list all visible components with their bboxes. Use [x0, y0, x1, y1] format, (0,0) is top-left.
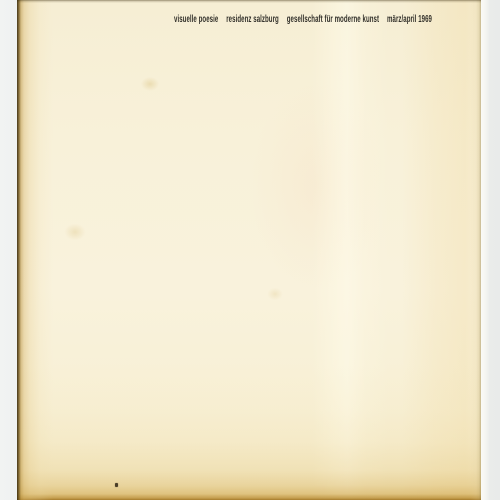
dust-speck	[115, 483, 118, 487]
book-cover: visuelle poesie residenz salzburg gesell…	[17, 0, 481, 500]
cover-title-line: visuelle poesie residenz salzburg gesell…	[174, 15, 432, 25]
photo-backdrop: visuelle poesie residenz salzburg gesell…	[0, 0, 500, 500]
title-segment-venue: residenz salzburg	[226, 15, 279, 25]
title-segment-organization: gesellschaft für moderne kunst	[287, 15, 379, 25]
title-segment-exhibition: visuelle poesie	[174, 15, 218, 25]
title-segment-date: märz/april 1969	[387, 15, 432, 25]
page-edges	[480, 0, 490, 500]
